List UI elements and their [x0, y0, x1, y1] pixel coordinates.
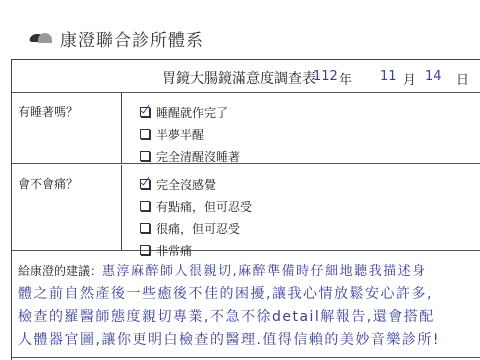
- question-sleep: 有睡著嗎？ 睡醒就作完了 半夢半醒 完全清醒沒睡著: [12, 93, 480, 164]
- advice-handwriting: 惠淳麻醉師人很親切,麻醉準備時仔細地聽我描述身: [102, 264, 427, 279]
- option-item[interactable]: 有點痛，但可忍受: [140, 195, 252, 217]
- column-divider: [121, 93, 122, 163]
- survey-form: 胃鏡大腸鏡滿意度調查表 112 年 11 月 14 日 有睡著嗎？ 睡醒就作完了…: [11, 59, 480, 360]
- org-name: 康澄聯合診所體系: [60, 26, 204, 51]
- option-label: 睡醒就作完了: [156, 104, 228, 121]
- date-year-label: 年: [339, 69, 352, 88]
- option-label: 完全沒感覺: [156, 176, 216, 193]
- column-divider: [121, 165, 122, 250]
- advice-section: 給康澄的建議：惠淳麻醉師人很親切,麻醉準備時仔細地聽我描述身 體之前自然產後一些…: [12, 252, 480, 358]
- options-list: 完全沒感覺 有點痛，但可忍受 很痛，但可忍受 非常痛: [140, 173, 252, 261]
- option-item[interactable]: 半夢半醒: [140, 123, 240, 145]
- checkbox[interactable]: [140, 201, 150, 211]
- option-label: 半夢半醒: [156, 126, 204, 143]
- advice-line-2: 體之前自然產後一些癒後不佳的困擾,讓我心情放鬆安心許多,: [18, 283, 433, 303]
- form-title-row: 胃鏡大腸鏡滿意度調查表 112 年 11 月 14 日: [12, 60, 480, 93]
- clinic-header: 康澄聯合診所體系: [30, 26, 204, 50]
- options-list: 睡醒就作完了 半夢半醒 完全清醒沒睡著: [140, 101, 240, 167]
- checkbox-checked[interactable]: [140, 179, 150, 189]
- option-label: 完全清醒沒睡著: [156, 148, 240, 165]
- option-label: 很痛，但可忍受: [156, 220, 240, 237]
- question-label: 會不會痛？: [18, 175, 78, 192]
- option-item[interactable]: 完全清醒沒睡著: [140, 145, 240, 167]
- checkbox[interactable]: [140, 129, 150, 139]
- question-label: 有睡著嗎？: [18, 103, 78, 120]
- checkbox[interactable]: [140, 151, 150, 161]
- form-title: 胃鏡大腸鏡滿意度調查表: [162, 68, 316, 88]
- date-day-value: 14: [425, 69, 442, 84]
- date-day-label: 日: [456, 69, 469, 88]
- date-year-value: 112: [313, 69, 338, 84]
- date-month-value: 11: [380, 69, 397, 84]
- advice-line-4: 人體器官圖,讓你更明白檢查的醫理.值得信賴的美妙音樂診所!: [18, 329, 440, 349]
- question-pain: 會不會痛？ 完全沒感覺 有點痛，但可忍受 很痛，但可忍受 非常痛: [12, 165, 480, 251]
- option-item[interactable]: 睡醒就作完了: [140, 101, 240, 123]
- leaf-logo-icon: [30, 32, 54, 44]
- option-item[interactable]: 很痛，但可忍受: [140, 217, 252, 239]
- option-label: 有點痛，但可忍受: [156, 198, 252, 215]
- advice-line-1: 給康澄的建議：惠淳麻醉師人很親切,麻醉準備時仔細地聽我描述身: [18, 260, 427, 279]
- option-item[interactable]: 完全沒感覺: [140, 173, 252, 195]
- checkbox-checked[interactable]: [140, 107, 150, 117]
- advice-label: 給康澄的建議：: [18, 264, 102, 278]
- advice-line-3: 檢查的羅醫師態度親切專業,不急不徐detail解報告,還會搭配: [18, 306, 435, 326]
- checkbox[interactable]: [140, 223, 150, 233]
- date-month-label: 月: [403, 69, 416, 88]
